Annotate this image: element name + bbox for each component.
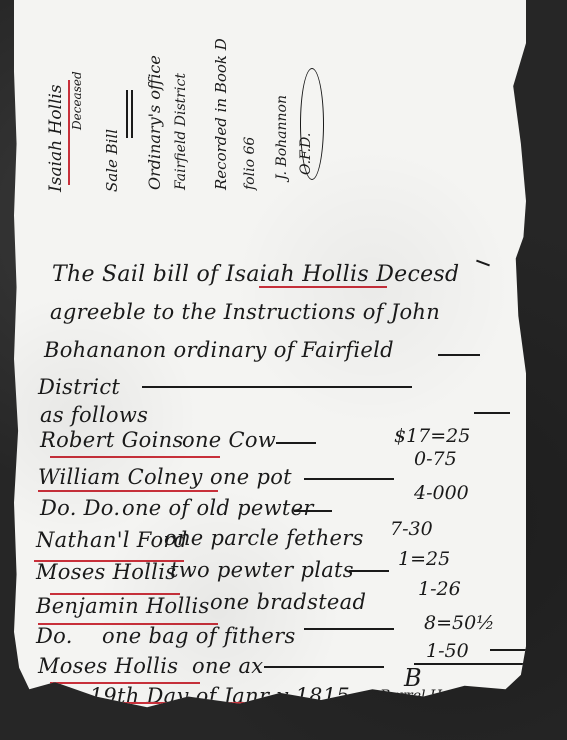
red-underline [38,623,218,625]
entry-buyer: Do. Do. [40,496,120,520]
entry-item: two pewter plats [170,558,354,582]
entry-buyer: Nathan'l Ford [36,528,188,552]
docket-deceased: Deceased [70,71,84,130]
docket-rule [126,90,128,138]
heading-line-3: Bohananon ordinary of Fairfield [44,338,394,362]
docket-recorded: Recorded in Book D [212,38,230,190]
entry-buyer: Do. [36,624,73,648]
entry-item: one pot [210,465,292,489]
red-underline [50,456,220,458]
docket-signature: J. Bohannon [274,95,290,180]
docket-sale-bill: Sale Bill [103,129,121,192]
entry-buyer: Moses Hollis [36,560,176,584]
entry-item: one bag of fithers [102,624,296,648]
entry-item: one of old pewter [122,496,314,520]
red-underline [34,560,184,562]
heading-line-1: The Sail bill of Isaiah Hollis Decesd [52,262,459,287]
line-filler [349,570,389,572]
entry-amount: $17=25 [394,425,470,447]
heading-line-2: agreeble to the Instructions of John [50,300,440,324]
line-filler [438,354,480,356]
entry-amount: 4-000 [414,482,469,504]
amount-rule [490,649,530,651]
docket-folio: folio 66 [242,137,258,190]
entry-item: one ax [192,654,263,678]
docket-ordinary-office: Ordinary's office [145,55,164,190]
docket-flourish [300,68,324,180]
docket-ofd: O.F.D. [298,133,314,175]
entry-item: one bradstead [210,590,366,614]
total-rule [414,663,534,665]
entry-buyer: Moses Hollis [38,654,178,678]
line-filler [264,666,384,668]
entry-amount: 8=50½ [424,612,495,634]
docket-rule [131,90,133,138]
document-page: Isaiah Hollis Deceased Sale Bill Ordinar… [14,0,526,718]
entry-buyer: Robert Goins [40,428,184,452]
line-filler [276,442,316,444]
entry-amount: 0-75 [414,448,457,470]
signature-mark: B [404,664,422,692]
amount-rule [474,412,510,414]
entry-buyer: William Colney [38,465,203,489]
docket-red-mark [68,80,70,185]
bracket-mark [476,260,490,267]
red-underline [38,490,218,492]
red-underline [50,682,200,684]
red-underline [50,593,180,595]
heading-line-5: as follows [40,403,148,427]
line-filler [142,386,412,388]
line-filler [304,478,394,480]
line-filler [304,628,394,630]
docket-district: Fairfield District [173,73,189,190]
heading-line-4: District [38,375,120,399]
entry-amount: 1-50 [426,640,469,662]
red-underline [259,286,387,288]
docket: Isaiah Hollis Deceased Sale Bill Ordinar… [28,10,328,220]
entry-item: one parcle fethers [164,526,364,550]
entry-amount: 1=25 [398,548,450,570]
docket-name: Isaiah Hollis [46,84,66,192]
entry-item: one Cow [182,428,276,452]
entry-buyer: Benjamin Hollis [36,594,210,618]
entry-amount: 7-30 [390,518,433,540]
line-filler [294,510,332,512]
entry-amount: 1-26 [418,578,461,600]
